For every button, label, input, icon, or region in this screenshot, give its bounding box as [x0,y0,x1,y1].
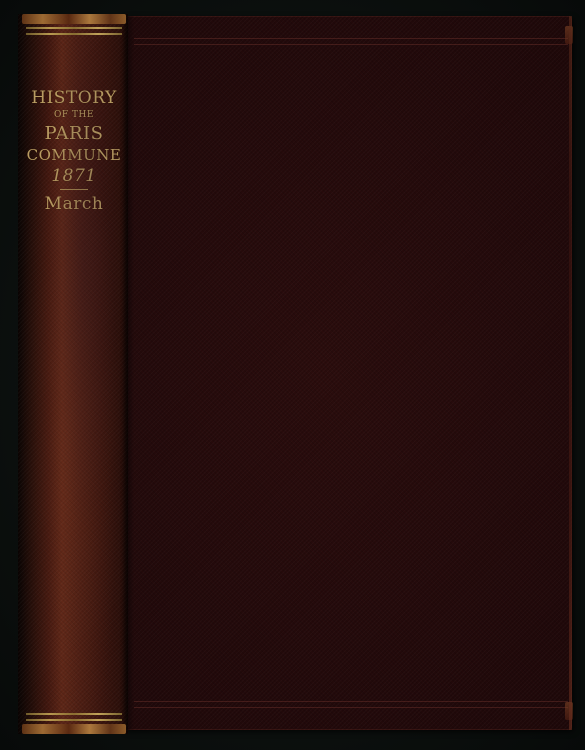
spine-title-line: HISTORY [18,90,130,107]
gilt-rule [26,27,122,29]
cover-blind-rule-bottom [134,707,568,708]
book-spine: HISTORY OF THE PARIS COMMUNE 1871 March [18,14,128,734]
book: HISTORY OF THE PARIS COMMUNE 1871 March [18,14,576,742]
gilt-rule [26,713,122,715]
spine-tail-cap [22,708,126,734]
spine-title: HISTORY OF THE PARIS COMMUNE 1871 March [18,90,130,213]
front-cover [124,16,572,730]
spine-title-line: PARIS [18,125,130,143]
spine-author: March [18,196,130,213]
gilt-rule [26,719,122,721]
cover-fore-edge [569,16,572,730]
spine-year: 1871 [18,168,130,185]
cover-blind-rule-top [134,38,568,39]
spine-head-cap [22,14,126,40]
spine-title-line: OF THE [18,111,130,120]
spine-divider-rule [60,189,88,190]
spine-title-line: COMMUNE [18,148,130,163]
head-cap-wear [22,14,126,24]
tail-cap-wear [22,724,126,734]
cover-blind-rule-bottom-2 [134,701,568,702]
cover-blind-rule-top-2 [134,44,568,45]
photo-scene: HISTORY OF THE PARIS COMMUNE 1871 March [0,0,585,750]
gilt-rule [26,33,122,35]
